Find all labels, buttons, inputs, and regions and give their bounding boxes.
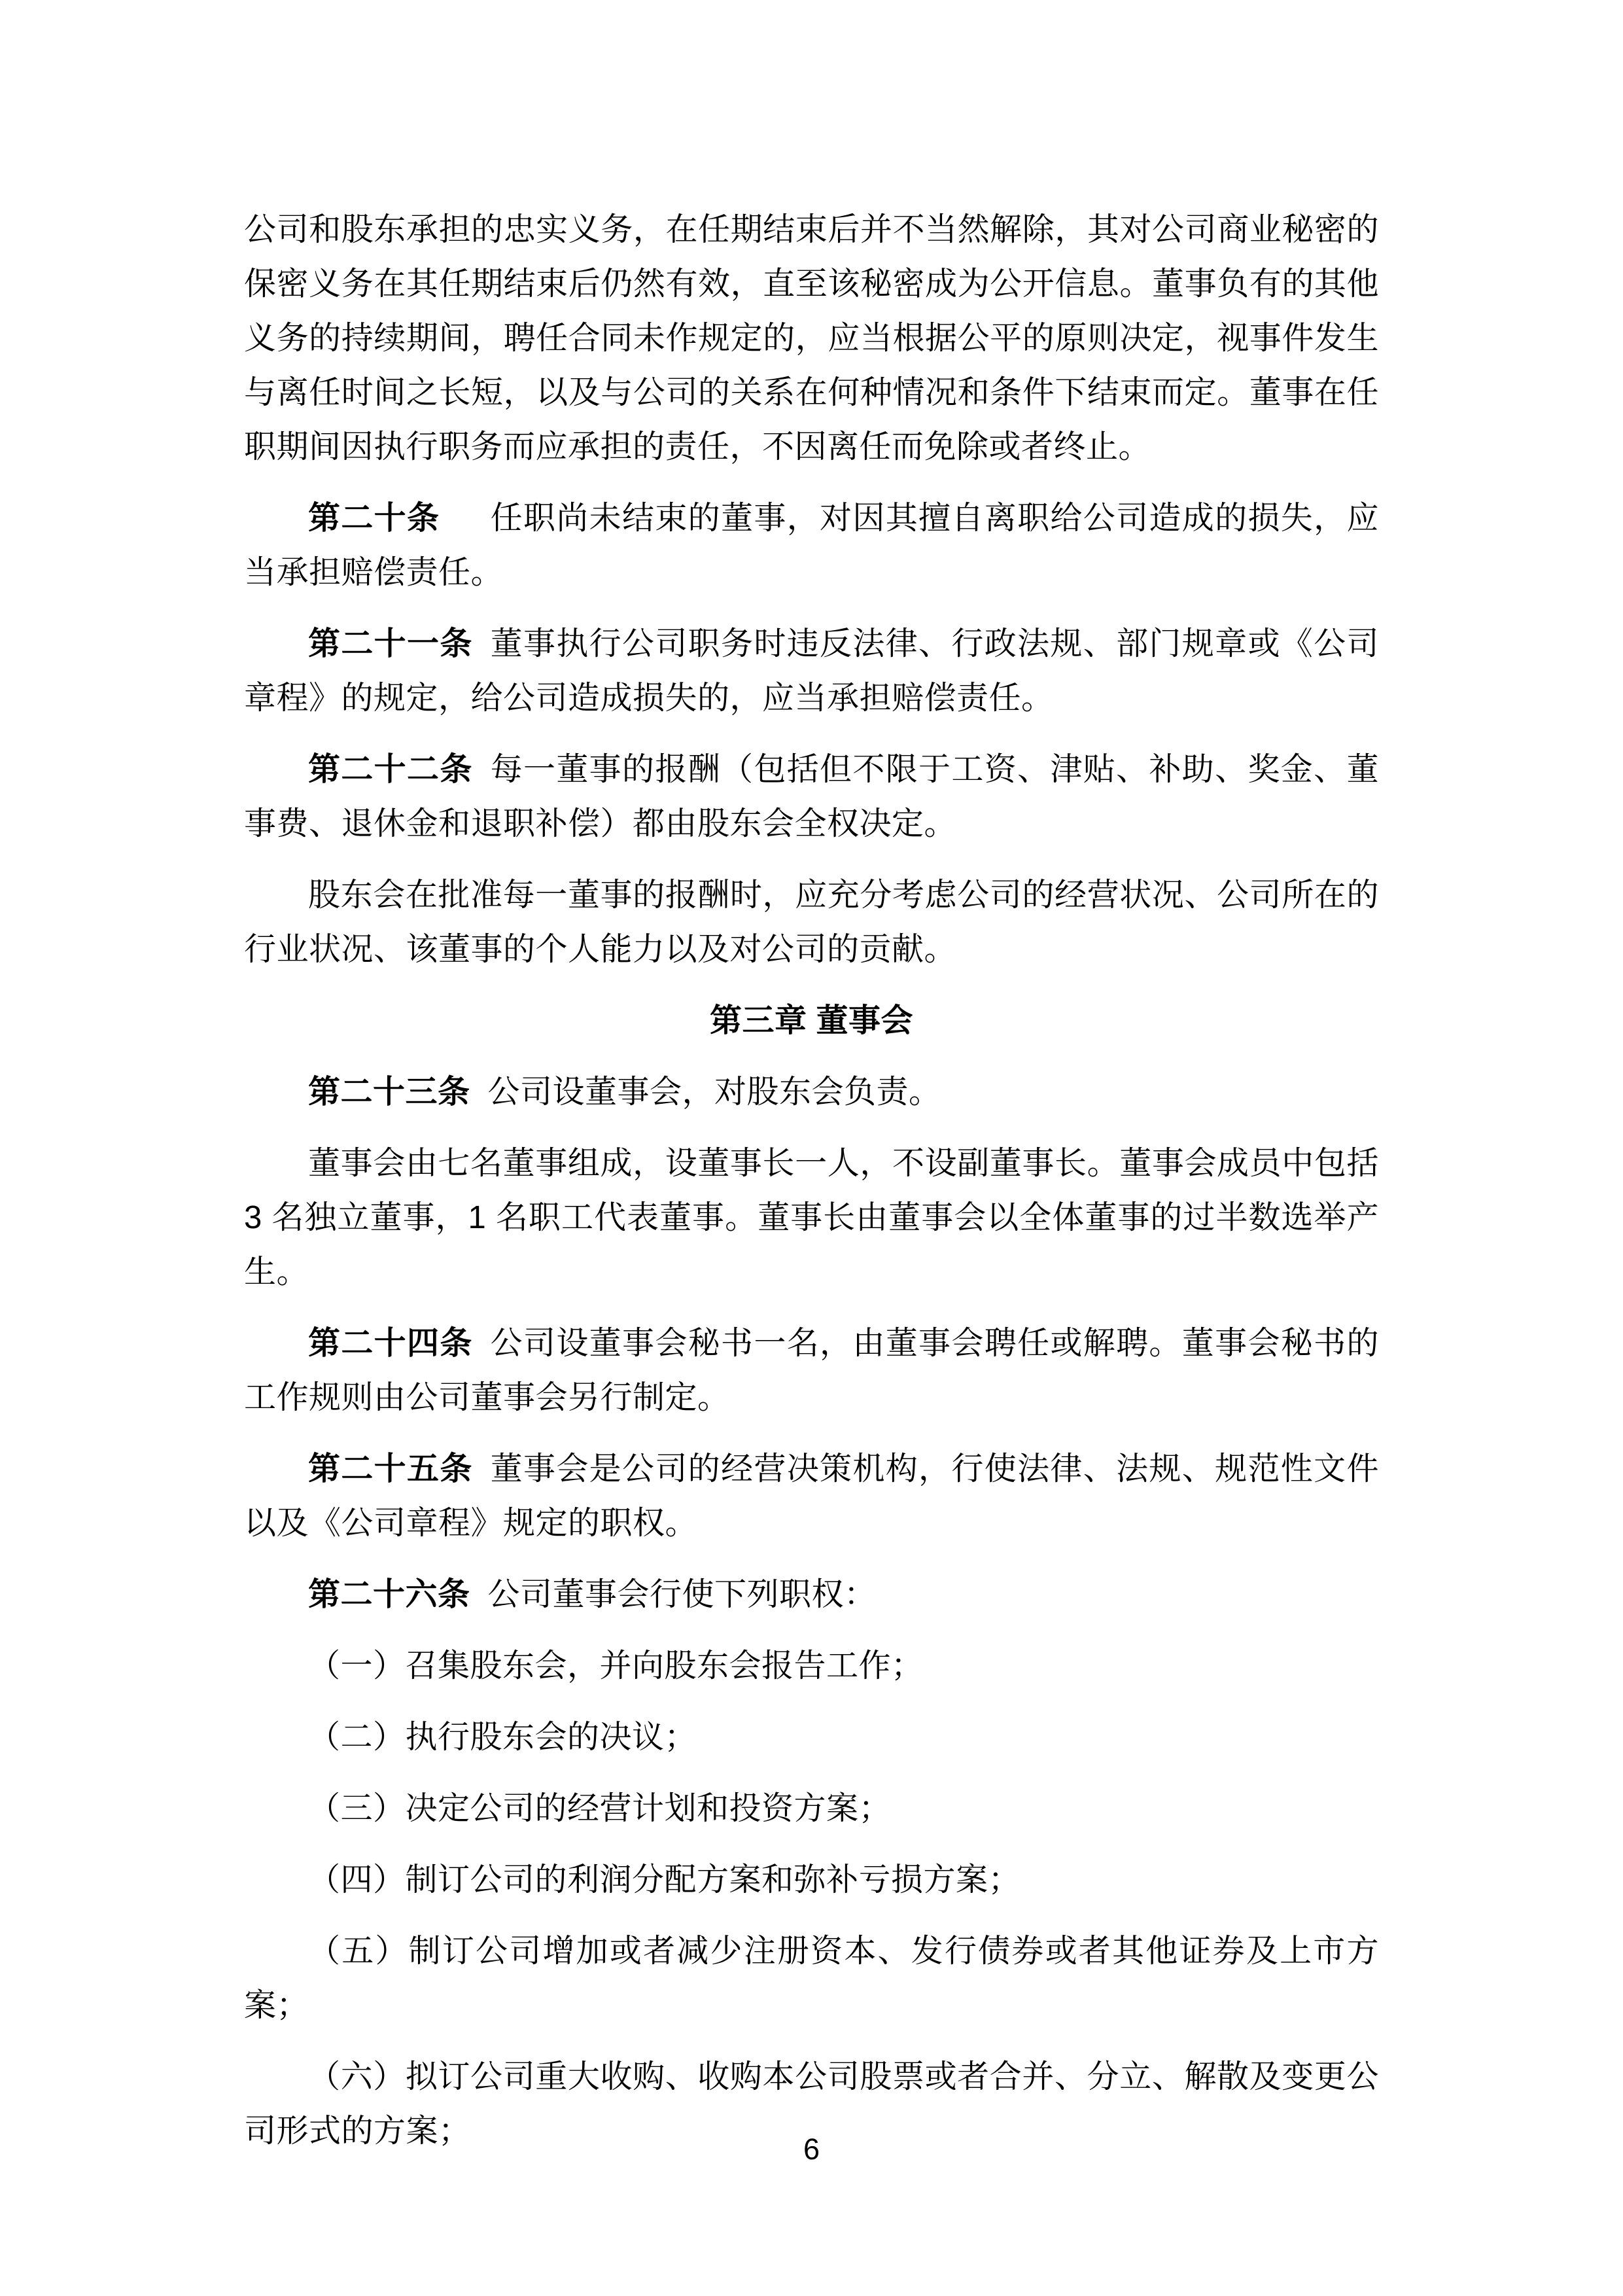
article-25-label: 第二十五条 xyxy=(308,1451,473,1487)
list-item-4: （四）制订公司的利润分配方案和弥补亏损方案； xyxy=(244,1853,1379,1907)
chapter-heading: 第三章 董事会 xyxy=(244,994,1379,1048)
article-paragraph-21: 第二十一条董事执行公司职务时违反法律、行政法规、部门规章或《公司章程》的规定，给… xyxy=(244,617,1379,726)
article-24-label: 第二十四条 xyxy=(308,1326,473,1361)
article-26-text: 公司董事会行使下列职权： xyxy=(487,1577,876,1612)
list-item-1: （一）召集股东会，并向股东会报告工作； xyxy=(244,1639,1379,1693)
article-20-label: 第二十条 xyxy=(308,501,440,536)
article-23-label: 第二十三条 xyxy=(308,1074,470,1110)
article-22-label: 第二十二条 xyxy=(308,752,473,787)
page-number: 6 xyxy=(0,2134,1623,2164)
article-23-text: 公司设董事会，对股东会负责。 xyxy=(487,1074,941,1110)
paragraph-remuneration-note: 股东会在批准每一董事的报酬时，应充分考虑公司的经营状况、公司所在的行业状况、该董… xyxy=(244,868,1379,977)
list-item-5: （五）制订公司增加或者减少注册资本、发行债券或者其他证券及上市方案； xyxy=(244,1924,1379,2033)
article-21-label: 第二十一条 xyxy=(308,626,473,662)
list-item-2: （二）执行股东会的决议； xyxy=(244,1710,1379,1765)
article-26-label: 第二十六条 xyxy=(308,1577,470,1612)
article-paragraph-26: 第二十六条公司董事会行使下列职权： xyxy=(244,1568,1379,1622)
article-paragraph-22: 第二十二条每一董事的报酬（包括但不限于工资、津贴、补助、奖金、董事费、退休金和退… xyxy=(244,743,1379,851)
article-paragraph-25: 第二十五条董事会是公司的经营决策机构，行使法律、法规、规范性文件以及《公司章程》… xyxy=(244,1442,1379,1551)
list-item-3: （三）决定公司的经营计划和投资方案； xyxy=(244,1782,1379,1836)
article-paragraph-23: 第二十三条公司设董事会，对股东会负责。 xyxy=(244,1065,1379,1120)
document-body: 公司和股东承担的忠实义务，在任期结束后并不当然解除，其对公司商业秘密的保密义务在… xyxy=(244,203,1379,2176)
paragraph-board-composition: 董事会由七名董事组成，设董事长一人，不设副董事长。董事会成员中包括3 名独立董事… xyxy=(244,1137,1379,1299)
paragraph-continuation: 公司和股东承担的忠实义务，在任期结束后并不当然解除，其对公司商业秘密的保密义务在… xyxy=(244,203,1379,474)
article-paragraph-20: 第二十条 任职尚未结束的董事，对因其擅自离职给公司造成的损失，应当承担赔偿责任。 xyxy=(244,491,1379,600)
article-paragraph-24: 第二十四条公司设董事会秘书一名，由董事会聘任或解聘。董事会秘书的工作规则由公司董… xyxy=(244,1316,1379,1425)
document-page: 公司和股东承担的忠实义务，在任期结束后并不当然解除，其对公司商业秘密的保密义务在… xyxy=(0,0,1623,2296)
